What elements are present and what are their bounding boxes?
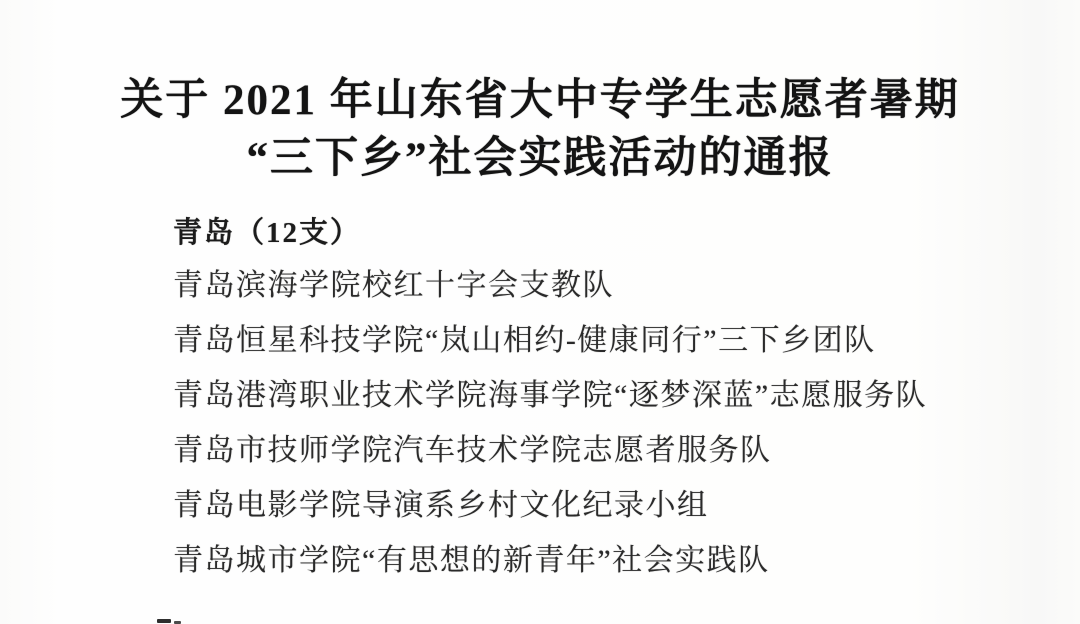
team-list: 青岛滨海学院校红十字会支教队 青岛恒星科技学院“岚山相约-健康同行”三下乡团队 …	[173, 258, 1033, 588]
team-list-item: 青岛市技师学院汽车技术学院志愿者服务队	[173, 423, 1033, 478]
team-list-item: 青岛港湾职业技术学院海事学院“逐梦深蓝”志愿服务队	[173, 368, 1033, 423]
team-list-item: 青岛恒星科技学院“岚山相约-健康同行”三下乡团队	[173, 313, 1033, 368]
section-heading-qingdao: 青岛（12支）	[173, 210, 361, 251]
document-title: 关于 2021 年山东省大中专学生志愿者暑期 “三下乡”社会实践活动的通报	[0, 72, 1080, 188]
team-list-item: 青岛电影学院导演系乡村文化纪录小组	[173, 478, 1033, 533]
document-title-line-2: “三下乡”社会实践活动的通报	[0, 130, 1080, 188]
cutoff-stroke	[157, 619, 171, 623]
team-list-item: 青岛城市学院“有思想的新青年”社会实践队	[173, 533, 1033, 588]
document-title-line-1: 关于 2021 年山东省大中专学生志愿者暑期	[0, 72, 1080, 130]
cutoff-text-fragment	[157, 619, 183, 624]
team-list-item: 青岛滨海学院校红十字会支教队	[173, 258, 1033, 313]
document-page: 关于 2021 年山东省大中专学生志愿者暑期 “三下乡”社会实践活动的通报 青岛…	[0, 0, 1080, 624]
